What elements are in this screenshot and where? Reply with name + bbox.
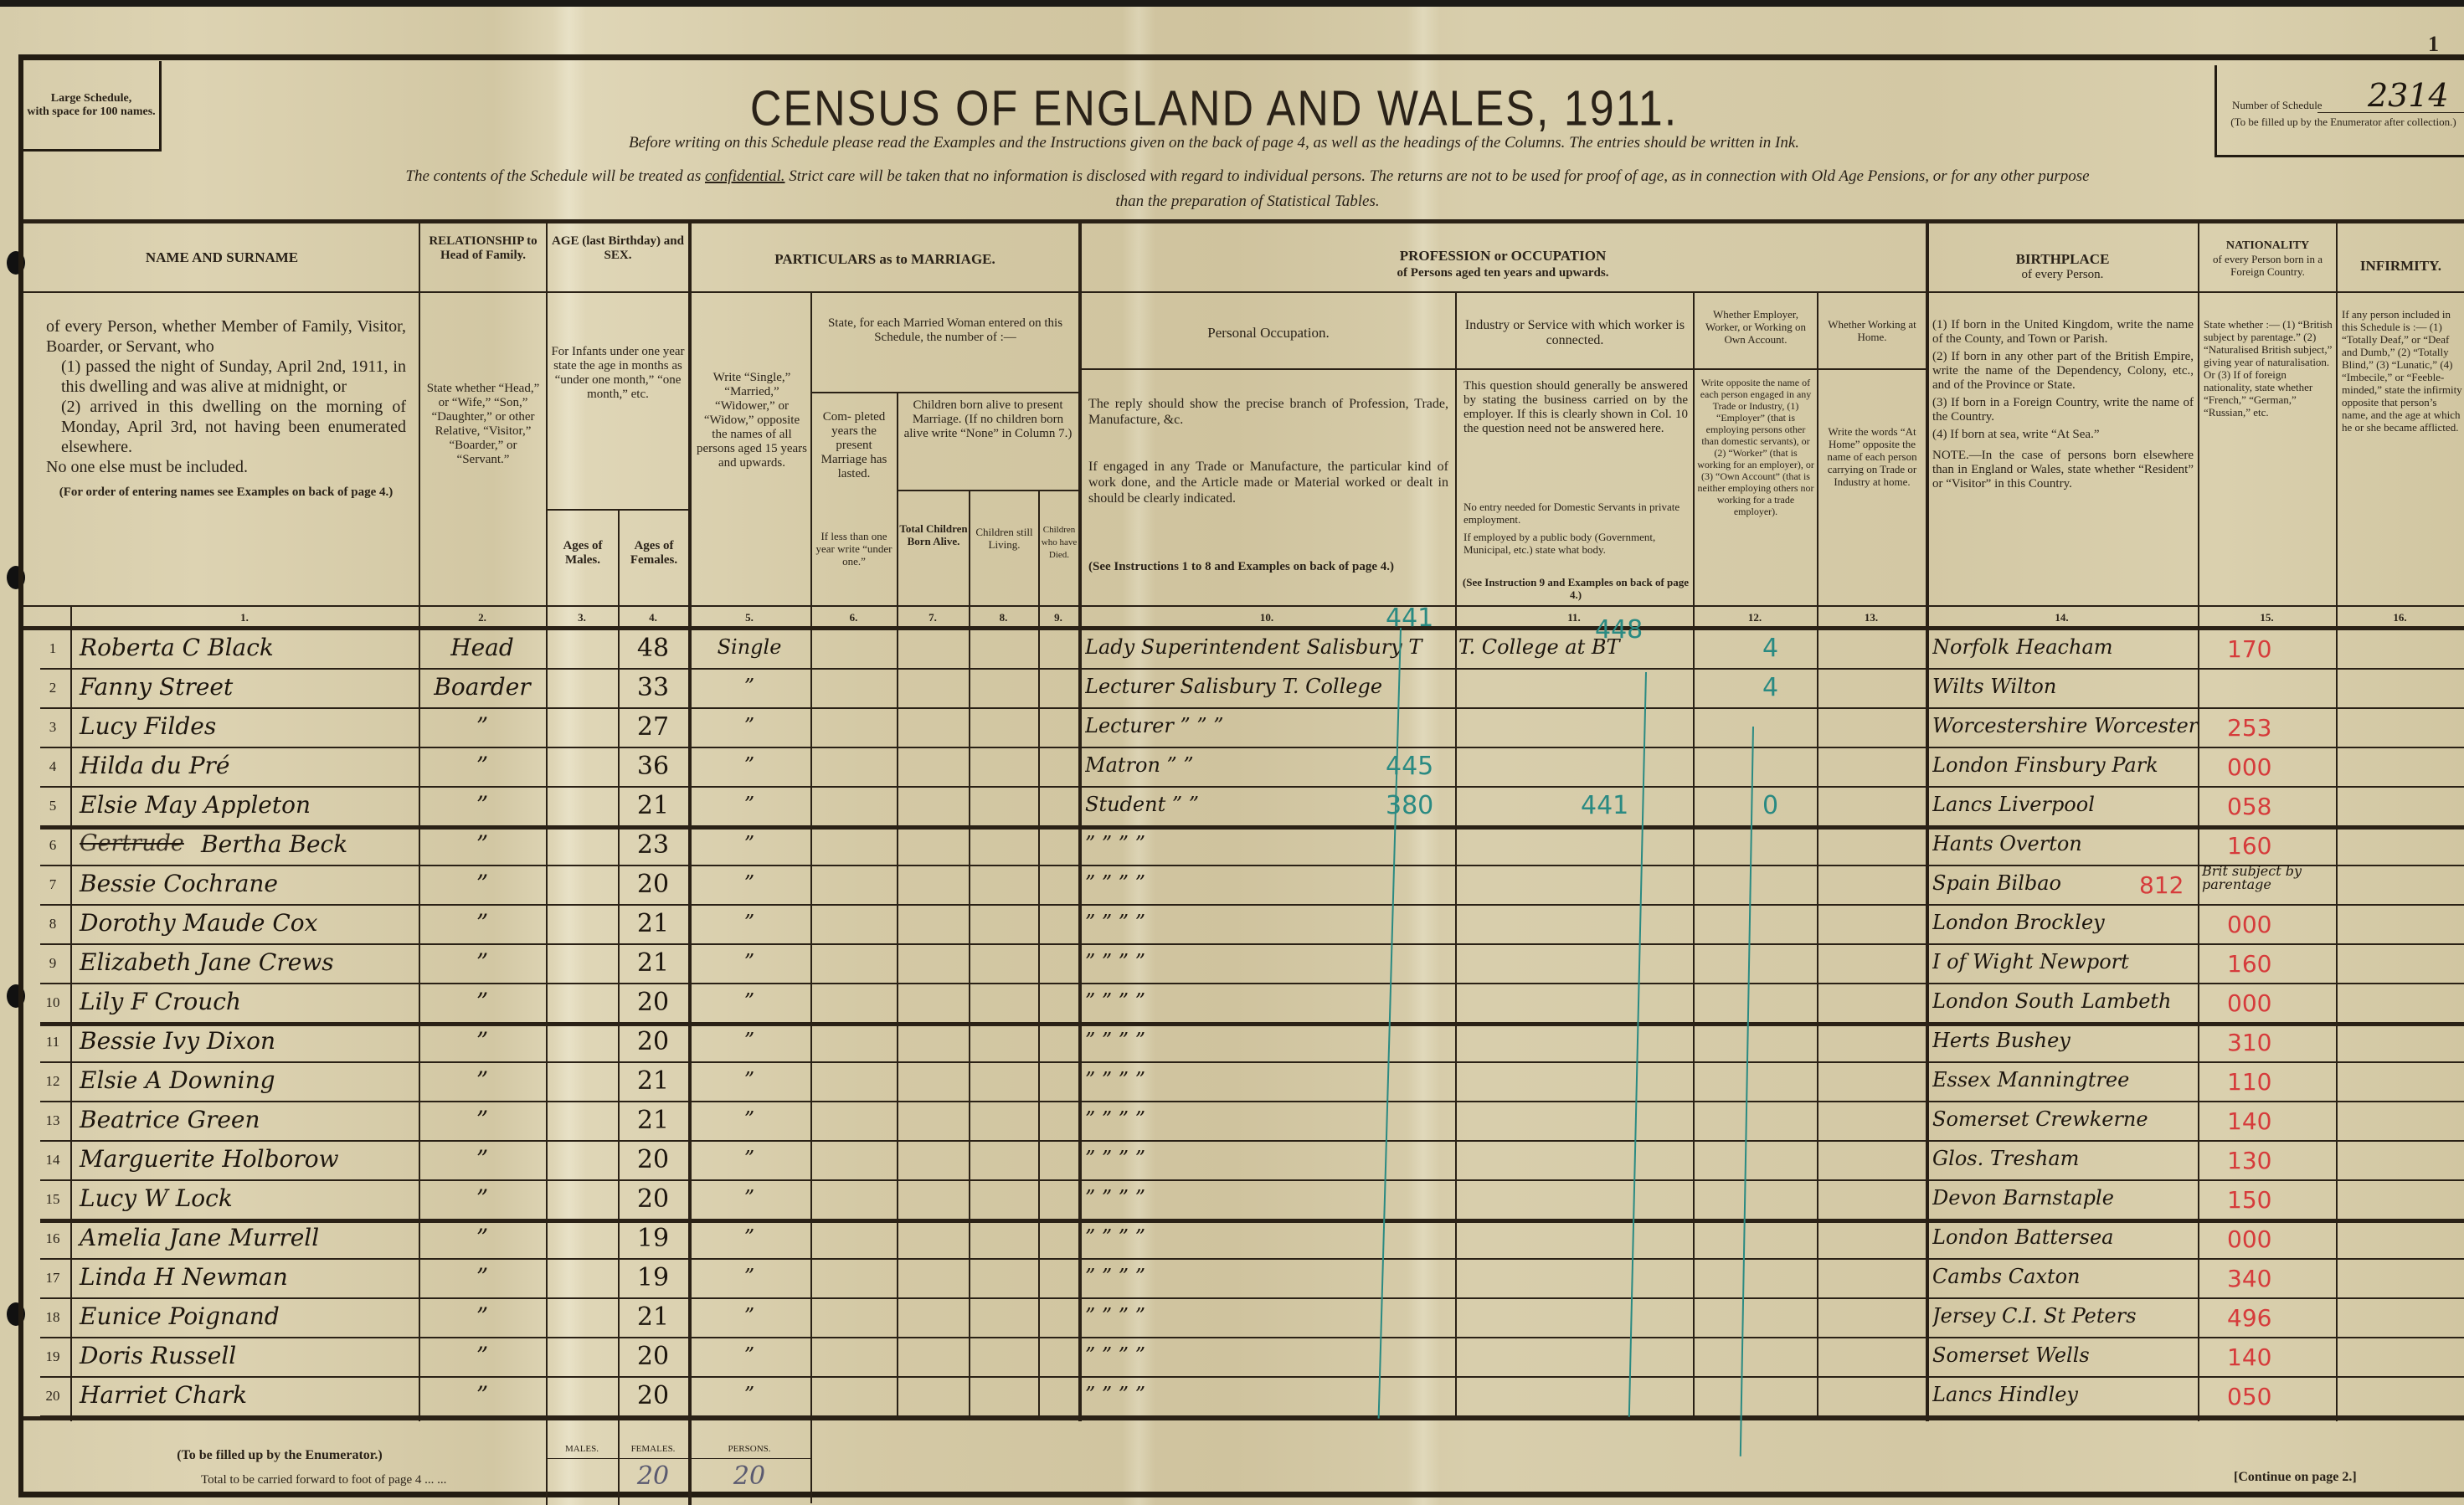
row-number: 10 [40, 994, 65, 1011]
col-header-marriage: PARTICULARS as to MARRIAGE. [692, 251, 1078, 267]
row-rule [40, 668, 2464, 670]
col-header-occupation: PROFESSION or OCCUPATION [1080, 248, 1926, 264]
birthplace[interactable]: Devon Barnstaple [1932, 1186, 2200, 1210]
birthplace[interactable]: Jersey C.I. St Peters [1932, 1304, 2200, 1328]
occupation-code: 441 [1386, 604, 1433, 633]
relationship[interactable]: ” [419, 870, 546, 897]
row-number: 8 [40, 916, 65, 932]
col-number: 1. [70, 611, 419, 624]
row-number: 1 [40, 640, 65, 657]
personal-occupation[interactable]: ” ” ” ” [1085, 1107, 1453, 1131]
col-header-nationality: NATIONALITY [2199, 239, 2336, 253]
row-number: 19 [40, 1348, 65, 1365]
relationship[interactable]: Boarder [419, 673, 546, 701]
rule [810, 1420, 812, 1503]
col-desc-children: Children born alive to present Marriage.… [899, 398, 1077, 441]
birthplace[interactable]: Somerset Wells [1932, 1343, 2200, 1367]
person-name[interactable]: Marguerite Holborow [80, 1145, 339, 1173]
row-rule [40, 943, 2464, 945]
marital-condition[interactable]: ” [688, 793, 810, 816]
row-rule [40, 1258, 2464, 1260]
marital-condition[interactable]: ” [688, 1029, 810, 1052]
row-rule [40, 1219, 2464, 1223]
rule [897, 490, 1078, 491]
age-female[interactable]: 19 [618, 1224, 688, 1253]
birthplace-code: 160 [2227, 832, 2271, 860]
row-number: 14 [40, 1152, 65, 1169]
age-female[interactable]: 20 [618, 870, 688, 899]
females-label: FEMALES. [618, 1443, 688, 1456]
col-desc-industry-2: No entry needed for Domestic Servants in… [1463, 501, 1688, 526]
person-name[interactable]: Lucy W Lock [80, 1184, 233, 1212]
col-desc-name: of every Person, whether Member of Famil… [46, 316, 406, 500]
row-number: 2 [40, 680, 65, 696]
marital-condition[interactable]: ” [688, 911, 810, 934]
age-female[interactable]: 21 [618, 1302, 688, 1332]
col-desc-age: For Infants under one year state the age… [549, 345, 687, 402]
relationship[interactable]: ” [419, 830, 546, 858]
rule [1817, 291, 1818, 1420]
col-desc-personal-3: (See Instructions 1 to 8 and Examples on… [1088, 559, 1448, 575]
birthplace-code: 310 [2227, 1029, 2271, 1056]
rule [2336, 219, 2338, 1421]
marital-condition[interactable]: Single [688, 635, 810, 659]
personal-occupation[interactable]: ” ” ” ” [1085, 1343, 1453, 1367]
person-name[interactable]: Fanny Street [80, 673, 233, 701]
age-female[interactable]: 21 [618, 791, 688, 820]
marital-condition[interactable]: ” [688, 1225, 810, 1249]
relationship[interactable]: ” [419, 1145, 546, 1173]
personal-occupation[interactable]: ” ” ” ” [1085, 1225, 1453, 1249]
relationship[interactable]: ” [419, 1027, 546, 1055]
person-name[interactable]: Elsie A Downing [80, 1066, 275, 1094]
confidential-emphasis: confidential. [705, 167, 785, 185]
col-number: 3. [546, 611, 618, 624]
rule [23, 605, 2464, 607]
birthplace-code: 000 [2227, 911, 2271, 938]
person-name[interactable]: Dorothy Maude Cox [80, 909, 317, 937]
person-name[interactable]: Elsie May Appleton [80, 791, 311, 819]
col-desc-relationship: State whether “Head,” or “Wife,” “Son,” … [425, 382, 541, 467]
occupation-code: 445 [1386, 752, 1433, 781]
birthplace-code: 496 [2227, 1304, 2271, 1332]
age-female[interactable]: 20 [618, 1342, 688, 1371]
row-number: 9 [40, 955, 65, 972]
col-number: 13. [1817, 611, 1926, 624]
rule [969, 490, 970, 1420]
col-number: 4. [618, 611, 688, 624]
nationality[interactable]: Brit subject by parentage [2202, 865, 2336, 891]
marital-condition[interactable]: ” [688, 950, 810, 973]
row-rule [40, 786, 2464, 788]
col-number: 9. [1038, 611, 1078, 624]
col-header-children-living: Children still Living. [970, 526, 1038, 551]
personal-occupation[interactable]: ” ” ” ” [1085, 1029, 1453, 1052]
relationship[interactable]: ” [419, 1381, 546, 1409]
employment-code: 4 [1762, 673, 1778, 702]
marital-condition[interactable]: ” [688, 1068, 810, 1092]
col-desc-completed-years: Com- pleted years the present Marriage h… [812, 410, 896, 481]
rule [1078, 368, 1926, 370]
col-header-age: AGE (last Birthday) and SEX. [548, 234, 688, 263]
age-female[interactable]: 36 [618, 752, 688, 781]
col-desc-industry-3: If employed by a public body (Government… [1463, 531, 1688, 556]
person-name[interactable]: Harriet Chark [80, 1381, 247, 1409]
page-title: CENSUS OF ENGLAND AND WALES, 1911. [586, 80, 1842, 138]
rule [23, 219, 2464, 223]
col-desc-completed-note: If less than one year write “under one.” [812, 530, 896, 568]
personal-occupation[interactable]: ” ” ” ” [1085, 871, 1453, 895]
person-name[interactable]: Amelia Jane Murrell [80, 1224, 319, 1251]
struck-forename: Gertrude [80, 830, 184, 856]
birthplace[interactable]: Lancs Hindley [1932, 1383, 2200, 1406]
relationship[interactable]: ” [419, 1224, 546, 1251]
page-number: 1 [2428, 32, 2439, 57]
industry-code: 441 [1581, 791, 1628, 820]
col-number: 16. [2336, 611, 2464, 624]
age-female[interactable]: 48 [618, 634, 688, 663]
col-subheader-nationality: of every Person born in a Foreign Countr… [2199, 253, 2336, 278]
age-female[interactable]: 21 [618, 948, 688, 978]
row-rule [40, 1376, 2464, 1378]
birthplace[interactable]: London Battersea [1932, 1225, 2200, 1249]
row-number: 12 [40, 1073, 65, 1090]
birthplace[interactable]: Essex Manningtree [1932, 1068, 2200, 1092]
relationship[interactable]: ” [419, 1066, 546, 1094]
age-female[interactable]: 33 [618, 673, 688, 702]
birthplace-code: 140 [2227, 1343, 2271, 1371]
col-header-males: Ages of Males. [548, 539, 618, 568]
col-number: 15. [2198, 611, 2336, 624]
occupation-code: 380 [1386, 791, 1433, 820]
relationship[interactable]: ” [419, 1184, 546, 1212]
row-number: 6 [40, 837, 65, 854]
personal-occupation[interactable]: ” ” ” ” [1085, 1147, 1453, 1170]
age-female[interactable]: 19 [618, 1263, 688, 1292]
person-name[interactable]: Bessie Ivy Dixon [80, 1027, 275, 1055]
row-rule [40, 1101, 2464, 1102]
birthplace-code: 150 [2227, 1186, 2271, 1214]
personal-occupation[interactable]: ” ” ” ” [1085, 950, 1453, 973]
col-subheader-occupation: of Persons aged ten years and upwards. [1080, 266, 1926, 280]
persons-label: PERSONS. [688, 1443, 810, 1456]
birthplace[interactable]: London Finsbury Park [1932, 753, 2200, 777]
col-desc-personal-2: If engaged in any Trade or Manufacture, … [1088, 459, 1448, 506]
birthplace[interactable]: Glos. Tresham [1932, 1147, 2200, 1170]
birthplace[interactable]: Norfolk Heacham [1932, 635, 2200, 659]
rule [1455, 291, 1457, 1420]
row-number: 17 [40, 1270, 65, 1287]
schedule-type-box: Large Schedule, with space for 100 names… [23, 61, 162, 152]
col-number: 2. [419, 611, 546, 624]
relationship[interactable]: ” [419, 752, 546, 779]
birthplace-code: 000 [2227, 1225, 2271, 1253]
col-desc-personal-1: The reply should show the precise branch… [1088, 396, 1448, 428]
persons-total[interactable]: 20 [688, 1461, 810, 1491]
birthplace-code: 110 [2227, 1068, 2271, 1096]
males-label: MALES. [546, 1443, 618, 1456]
col-number: 12. [1693, 611, 1817, 624]
row-rule [40, 1061, 2464, 1063]
col-header-relationship: RELATIONSHIP to Head of Family. [420, 234, 546, 263]
rule [1078, 219, 1082, 1421]
rule [1038, 490, 1040, 1420]
birthplace-code: 058 [2227, 793, 2271, 820]
instruction-line: Before writing on this Schedule please r… [335, 134, 2093, 152]
col-header-personal-occupation: Personal Occupation. [1082, 325, 1455, 342]
birthplace-code: 340 [2227, 1265, 2271, 1292]
col-header-infirmity: INFIRMITY. [2338, 258, 2464, 274]
person-name[interactable]: Linda H Newman [80, 1263, 288, 1291]
personal-occupation[interactable]: ” ” ” ” [1085, 1383, 1453, 1406]
person-name[interactable]: Beatrice Green [80, 1106, 260, 1133]
row-rule [40, 1337, 2464, 1338]
row-number: 4 [40, 758, 65, 775]
col-number: 11. [1455, 611, 1693, 624]
marital-condition[interactable]: ” [688, 989, 810, 1013]
marital-condition[interactable]: ” [688, 871, 810, 895]
age-female[interactable]: 20 [618, 1027, 688, 1056]
age-female[interactable]: 27 [618, 712, 688, 742]
marital-condition[interactable]: ” [688, 1304, 810, 1328]
birthplace[interactable]: Herts Bushey [1932, 1029, 2200, 1052]
employment-code: 4 [1762, 634, 1778, 663]
row-number: 18 [40, 1309, 65, 1326]
birthplace-code: 000 [2227, 989, 2271, 1017]
birthplace-code: 170 [2227, 635, 2271, 663]
col-desc-home: Write the words “At Home” opposite the n… [1822, 425, 1922, 488]
birthplace[interactable]: London South Lambeth [1932, 989, 2200, 1013]
marital-condition[interactable]: ” [688, 714, 810, 737]
birthplace[interactable]: Worcestershire Worcester [1932, 714, 2200, 737]
row-number: 13 [40, 1112, 65, 1129]
person-name[interactable]: Elizabeth Jane Crews [80, 948, 334, 976]
confidential-line-end: than the preparation of Statistical Tabl… [42, 193, 2453, 211]
birthplace[interactable]: Lancs Liverpool [1932, 793, 2200, 816]
personal-occupation[interactable]: ” ” ” ” [1085, 1186, 1453, 1210]
row-number: 11 [40, 1034, 65, 1050]
col-header-children-died: Children who have Died. [1040, 524, 1078, 562]
relationship[interactable]: ” [419, 712, 546, 740]
birthplace[interactable]: Wilts Wilton [1932, 675, 2200, 698]
relationship[interactable]: ” [419, 791, 546, 819]
schedule-number-value[interactable]: 2314 [2368, 77, 2449, 114]
marital-condition[interactable]: ” [688, 832, 810, 855]
schedule-number-note: (To be filled up by the Enumerator after… [2222, 116, 2464, 128]
age-female[interactable]: 20 [618, 1381, 688, 1410]
personal-occupation[interactable]: ” ” ” ” [1085, 911, 1453, 934]
rule [546, 1458, 810, 1459]
schedule-type-line1: Large Schedule, [23, 92, 159, 105]
col-desc-married-woman: State, for each Married Woman entered on… [814, 316, 1077, 345]
person-name[interactable]: Lucy Fildes [80, 712, 216, 740]
personal-occupation[interactable]: ” ” ” ” [1085, 1304, 1453, 1328]
relationship[interactable]: ” [419, 948, 546, 976]
rule [1693, 291, 1695, 1420]
marital-condition[interactable]: ” [688, 1265, 810, 1288]
col-subheader-birthplace: of every Person. [1927, 268, 2198, 282]
person-name[interactable]: Eunice Poignand [80, 1302, 280, 1330]
birthplace-code: 050 [2227, 1383, 2271, 1410]
relationship[interactable]: ” [419, 988, 546, 1015]
person-name[interactable]: Bessie Cochrane [80, 870, 278, 897]
col-number: 5. [688, 611, 810, 624]
birthplace-code: 253 [2227, 714, 2271, 742]
row-number: 20 [40, 1388, 65, 1405]
schedule-number-box: Number of Schedule 2314 (To be filled up… [2215, 65, 2464, 157]
personal-occupation[interactable]: ” ” ” ” [1085, 989, 1453, 1013]
col-desc-nationality: State whether :— (1) “British subject by… [2204, 318, 2333, 419]
rule [23, 626, 2464, 630]
birthplace[interactable]: Somerset Crewkerne [1932, 1107, 2200, 1131]
age-female[interactable]: 21 [618, 909, 688, 938]
col-number: 7. [897, 611, 969, 624]
col-header-name: NAME AND SURNAME [25, 249, 419, 265]
age-female[interactable]: 23 [618, 830, 688, 860]
rule [1926, 219, 1929, 1421]
enumerator-note: (To be filled up by the Enumerator.) [70, 1448, 489, 1463]
col-desc-infirmity: If any person included in this Schedule … [2342, 308, 2464, 434]
row-number: 5 [40, 798, 65, 814]
personal-occupation[interactable]: ” ” ” ” [1085, 1265, 1453, 1288]
col-header-industry: Industry or Service with which worker is… [1458, 318, 1691, 348]
marital-condition[interactable]: ” [688, 753, 810, 777]
col-header-birthplace: BIRTHPLACE [1927, 251, 2198, 267]
col-number: 6. [810, 611, 897, 624]
marital-condition[interactable]: ” [688, 1107, 810, 1131]
person-name[interactable]: Hilda du Pré [80, 752, 230, 779]
marital-condition[interactable]: ” [688, 1186, 810, 1210]
col-header-home: Whether Working at Home. [1818, 318, 1926, 343]
col-desc-employer: Write opposite the name of each person e… [1696, 377, 1815, 517]
row-rule [40, 707, 2464, 709]
col-desc-birthplace: (1) If born in the United Kingdom, write… [1932, 318, 2194, 491]
col-header-females: Ages of Females. [620, 539, 688, 568]
census-schedule-sheet: 1 Large Schedule, with space for 100 nam… [0, 7, 2464, 1505]
relationship[interactable]: Head [419, 634, 546, 661]
relationship[interactable]: ” [419, 1342, 546, 1369]
confidential-line: The contents of the Schedule will be tre… [42, 167, 2453, 186]
row-rule [40, 1179, 2464, 1181]
row-rule [40, 865, 2464, 866]
birthplace[interactable]: Hants Overton [1932, 832, 2200, 855]
col-number: 14. [1926, 611, 2198, 624]
row-rule [40, 904, 2464, 906]
total-forward-note: Total to be carried forward to foot of p… [201, 1473, 544, 1487]
personal-occupation[interactable]: ” ” ” ” [1085, 1068, 1453, 1092]
col-header-total-children: Total Children Born Alive. [898, 522, 969, 547]
birthplace[interactable]: I of Wight Newport [1932, 950, 2200, 973]
row-number: 15 [40, 1191, 65, 1208]
col-desc-industry-4: (See Instruction 9 and Examples on back … [1460, 576, 1691, 601]
age-female[interactable]: 20 [618, 988, 688, 1017]
rule [23, 291, 2464, 293]
row-rule [40, 825, 2464, 830]
age-female[interactable]: 21 [618, 1106, 688, 1135]
marital-condition[interactable]: ” [688, 1343, 810, 1367]
birthplace-code: 160 [2227, 950, 2271, 978]
age-female[interactable]: 20 [618, 1184, 688, 1214]
birthplace[interactable]: London Brockley [1932, 911, 2200, 934]
relationship[interactable]: ” [419, 909, 546, 937]
birthplace-code: 000 [2227, 753, 2271, 781]
personal-occupation[interactable]: ” ” ” ” [1085, 832, 1453, 855]
schedule-type-line2: with space for 100 names. [23, 105, 159, 119]
person-name[interactable]: Roberta C Black [80, 634, 274, 661]
person-name[interactable]: Bertha Beck [201, 830, 347, 858]
rule [810, 392, 1078, 393]
row-rule [40, 1297, 2464, 1299]
age-female[interactable]: 20 [618, 1145, 688, 1174]
row-rule [40, 983, 2464, 984]
marital-condition[interactable]: ” [688, 1147, 810, 1170]
row-rule [40, 1415, 2464, 1417]
row-rule [40, 1140, 2464, 1142]
row-rule [40, 747, 2464, 748]
relationship[interactable]: ” [419, 1263, 546, 1291]
employment-code: 0 [1762, 791, 1778, 820]
person-name[interactable]: Lily F Crouch [80, 988, 241, 1015]
birthplace-code: 140 [2227, 1107, 2271, 1135]
personal-occupation[interactable]: Lady Superintendent Salisbury T [1085, 635, 1453, 659]
schedule-number-label: Number of Schedule [2232, 99, 2323, 111]
relationship[interactable]: ” [419, 1302, 546, 1330]
industry-code: 448 [1595, 615, 1643, 645]
females-total[interactable]: 20 [618, 1461, 688, 1491]
age-female[interactable]: 21 [618, 1066, 688, 1096]
row-number: 7 [40, 876, 65, 893]
birthplace[interactable]: Cambs Caxton [1932, 1265, 2200, 1288]
relationship[interactable]: ” [419, 1106, 546, 1133]
row-number: 3 [40, 719, 65, 736]
continue-note: [Continue on page 2.] [2234, 1470, 2357, 1485]
col-desc-condition: Write “Single,” “Married,” “Widower,” or… [695, 371, 809, 470]
marital-condition[interactable]: ” [688, 675, 810, 698]
col-number: 8. [969, 611, 1038, 624]
row-number: 16 [40, 1230, 65, 1247]
row-rule [40, 1022, 2464, 1026]
col-header-employer: Whether Employer, Worker, or Working on … [1695, 308, 1817, 346]
col-desc-industry-1: This question should generally be answer… [1463, 379, 1688, 436]
rule [546, 509, 688, 511]
birthplace-code: 130 [2227, 1147, 2271, 1174]
person-name[interactable]: Doris Russell [80, 1342, 236, 1369]
rule [546, 219, 548, 1505]
marital-condition[interactable]: ” [688, 1383, 810, 1406]
birthplace-code: 812 [2139, 871, 2184, 899]
